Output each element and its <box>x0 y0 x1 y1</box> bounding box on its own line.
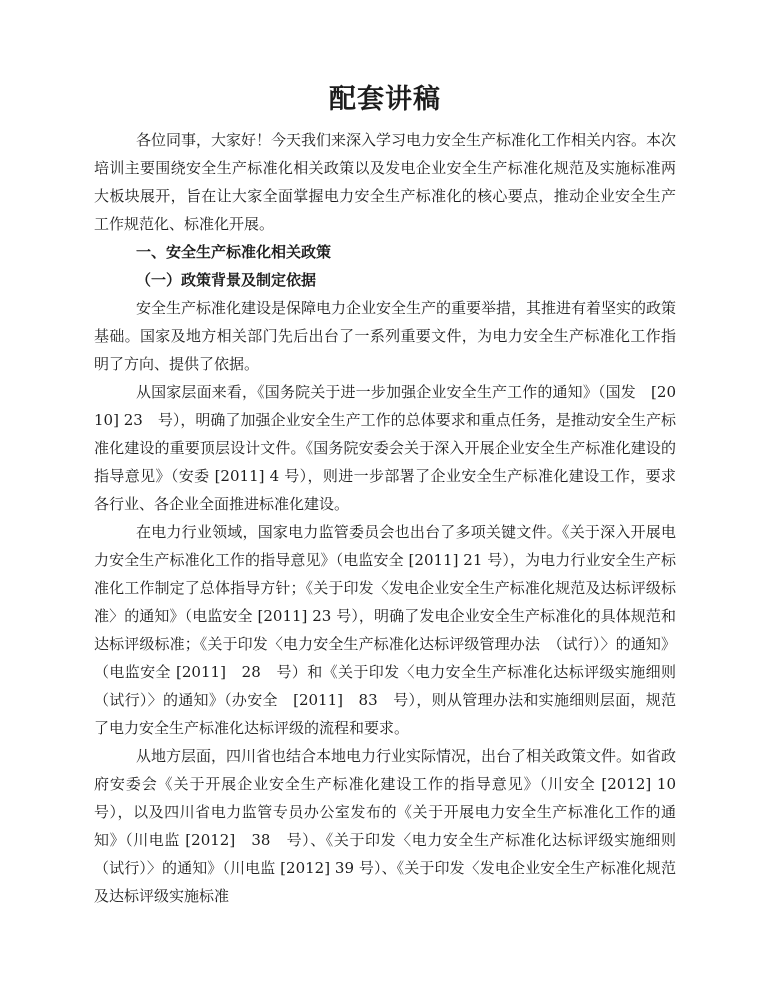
paragraph-national-level: 从国家层面来看，《国务院关于进一步加强企业安全生产工作的通知》（国发 [2010… <box>94 378 676 518</box>
paragraph-intro: 各位同事，大家好！今天我们来深入学习电力安全生产标准化工作相关内容。本次培训主要… <box>94 126 676 238</box>
paragraph-policy-basis: 安全生产标准化建设是保障电力企业安全生产的重要举措，其推进有着坚实的政策基础。国… <box>94 294 676 378</box>
document-page: 配套讲稿 各位同事，大家好！今天我们来深入学习电力安全生产标准化工作相关内容。本… <box>0 0 770 1000</box>
subsection-heading-policy-background: （一）政策背景及制定依据 <box>94 266 676 294</box>
paragraph-local-level: 从地方层面，四川省也结合本地电力行业实际情况，出台了相关政策文件。如省政府安委会… <box>94 742 676 910</box>
doc-title: 配套讲稿 <box>94 80 676 120</box>
paragraph-power-industry: 在电力行业领域，国家电力监管委员会也出台了多项关键文件。《关于深入开展电力安全生… <box>94 518 676 742</box>
doc-body: 各位同事，大家好！今天我们来深入学习电力安全生产标准化工作相关内容。本次培训主要… <box>94 126 676 910</box>
section-heading-policies: 一、安全生产标准化相关政策 <box>94 238 676 266</box>
